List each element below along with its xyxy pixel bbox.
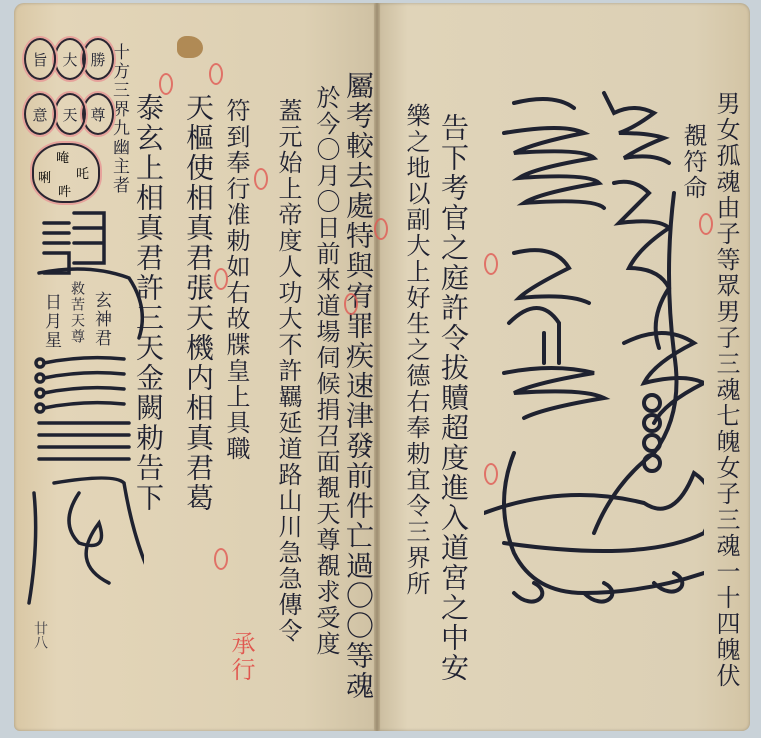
page-number: 廿八 bbox=[30, 621, 50, 649]
right-col-3: 告下考官之庭許令拔贖超度進入道宮之中安 bbox=[439, 113, 467, 683]
right-col-4: 樂之地以副大上好生之德右奉勅宜令三界所 bbox=[404, 103, 428, 597]
talisman-right bbox=[484, 73, 704, 643]
red-mark bbox=[699, 213, 713, 235]
talisman-caption-right: 玄神君 bbox=[92, 291, 109, 348]
red-mark bbox=[484, 253, 498, 275]
seal-bottom-2: 天 bbox=[54, 93, 86, 135]
talisman-caption-left: 日月星 bbox=[42, 293, 59, 350]
red-mark bbox=[484, 463, 498, 485]
talisman-left bbox=[24, 203, 144, 623]
seal-bottom-3: 意 bbox=[24, 93, 56, 135]
red-mark bbox=[374, 218, 388, 240]
seal-top-2: 大 bbox=[54, 38, 86, 80]
right-col-1: 男女孤魂由子等眾男子三魂七魄女子三魂一十四魄伏 bbox=[714, 91, 738, 689]
left-col-3: 蓋元始上帝度人功大不許羈延道路山川急急傳令 bbox=[276, 98, 300, 644]
red-mark bbox=[254, 168, 268, 190]
red-mark bbox=[159, 73, 173, 95]
seal-top-3: 旨 bbox=[24, 38, 56, 80]
seal-top-1: 勝 bbox=[82, 38, 114, 80]
quatrefoil-char-left: 唎 bbox=[38, 167, 51, 186]
red-annotation: 承行 bbox=[229, 631, 253, 683]
quatrefoil-char-bottom: 吽 bbox=[58, 181, 71, 200]
red-mark bbox=[344, 293, 358, 315]
worm-hole bbox=[177, 36, 203, 58]
left-col-1: 屬考較去處特與宥罪疾速津發前件亡過〇〇等魂 bbox=[344, 71, 372, 701]
manuscript-spread: 男女孤魂由子等眾男子三魂七魄女子三魂一十四魄伏 覩符命 告下考官之庭許令拔贖超度… bbox=[14, 3, 754, 731]
quatrefoil-seal: 唵 吒 唎 吽 bbox=[32, 143, 100, 203]
talisman-caption-mid: 救苦天尊 bbox=[70, 281, 84, 345]
left-col-2: 於今〇月〇日前來道場伺候捐召面覩天尊覩求受度 bbox=[314, 85, 338, 657]
quatrefoil-char-right: 吒 bbox=[76, 163, 89, 182]
red-mark bbox=[209, 63, 223, 85]
quatrefoil-char-top: 唵 bbox=[56, 147, 69, 166]
red-mark bbox=[214, 548, 228, 570]
left-col-5: 天樞使相真君張天機内相真君葛 bbox=[184, 93, 212, 513]
red-mark bbox=[214, 268, 228, 290]
seal-bottom-1: 尊 bbox=[82, 93, 114, 135]
